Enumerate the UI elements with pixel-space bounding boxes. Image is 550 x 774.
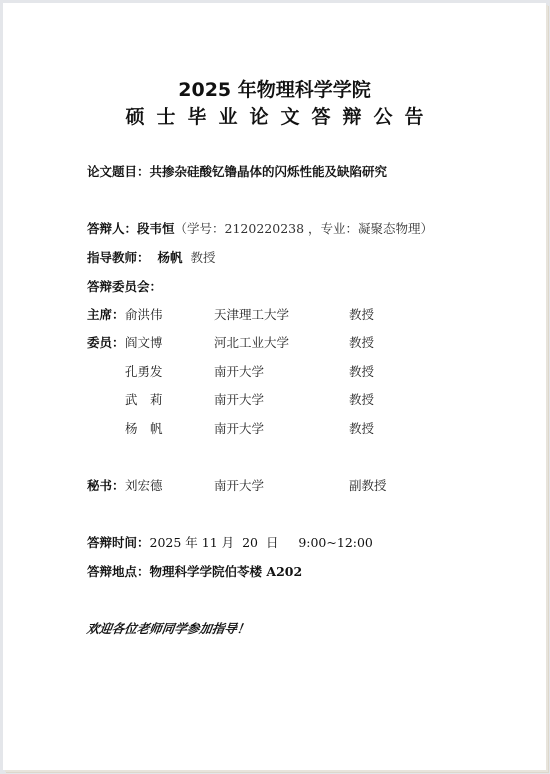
member-name: 俞洪伟 (125, 305, 163, 323)
member-title: 教授 (349, 362, 374, 380)
title-announcement: 硕士毕业论文答辩公告 (3, 102, 546, 129)
member-title: 教授 (349, 390, 374, 408)
place-value: 物理科学学院伯苓楼 (150, 564, 267, 579)
member-org: 河北工业大学 (214, 333, 289, 351)
thesis-title-line: 论文题目：共掺杂硅酸钇镥晶体的闪烁性能及缺陷研究 (87, 162, 387, 180)
document-page: 2025 年物理科学学院 硕士毕业论文答辩公告 论文题目：共掺杂硅酸钇镥晶体的闪… (3, 3, 546, 770)
member-org: 南开大学 (214, 390, 264, 408)
thesis-title: 共掺杂硅酸钇镥晶体的闪烁性能及缺陷研究 (150, 164, 388, 179)
member-org: 南开大学 (214, 419, 264, 437)
secretary-role: 秘书： (87, 476, 125, 494)
secretary-name: 刘宏德 (125, 476, 163, 494)
advisor-title: 教授 (190, 250, 215, 265)
candidate-name: 段韦恒 (137, 221, 175, 236)
member-name: 孔勇发 (125, 362, 163, 380)
candidate-details: （学号：2120220238 ，专业：凝聚态物理） (175, 221, 434, 236)
defense-time-line: 答辩时间：2025 年 11 月 20 日 9:00~12:00 (87, 533, 373, 551)
title-college: 2025 年物理科学学院 (3, 75, 546, 102)
member-org: 南开大学 (214, 362, 264, 380)
defense-place-line: 答辩地点：物理科学学院伯苓楼 A202 (87, 562, 302, 580)
member-title: 教授 (349, 419, 374, 437)
welcome-message: 欢迎各位老师同学参加指导！ (86, 619, 251, 637)
member-title: 教授 (349, 333, 374, 351)
room-number: A202 (266, 564, 302, 579)
member-name: 杨 帆 (125, 419, 163, 437)
committee-label: 答辩委员会： (87, 279, 162, 294)
candidate-line: 答辩人：段韦恒（学号：2120220238 ，专业：凝聚态物理） (87, 219, 433, 237)
committee-heading: 答辩委员会： (87, 277, 162, 295)
secretary-org: 南开大学 (214, 476, 264, 494)
secretary-title: 副教授 (349, 476, 387, 494)
member-name: 阎文博 (125, 333, 163, 351)
thesis-label: 论文题目： (87, 164, 150, 179)
advisor-line: 指导教师： 杨帆 教授 (87, 248, 215, 266)
time-label: 答辩时间： (87, 535, 150, 550)
member-title: 教授 (349, 305, 374, 323)
advisor-name: 杨帆 (157, 250, 182, 265)
member-role: 委员： (87, 333, 125, 351)
candidate-label: 答辩人： (87, 221, 137, 236)
member-role: 主席： (87, 305, 125, 323)
member-org: 天津理工大学 (214, 305, 289, 323)
member-name: 武 莉 (125, 390, 163, 408)
place-label: 答辩地点： (87, 564, 150, 579)
time-value: 2025 年 11 月 20 日 9:00~12:00 (150, 535, 373, 550)
advisor-label: 指导教师： (87, 250, 150, 265)
